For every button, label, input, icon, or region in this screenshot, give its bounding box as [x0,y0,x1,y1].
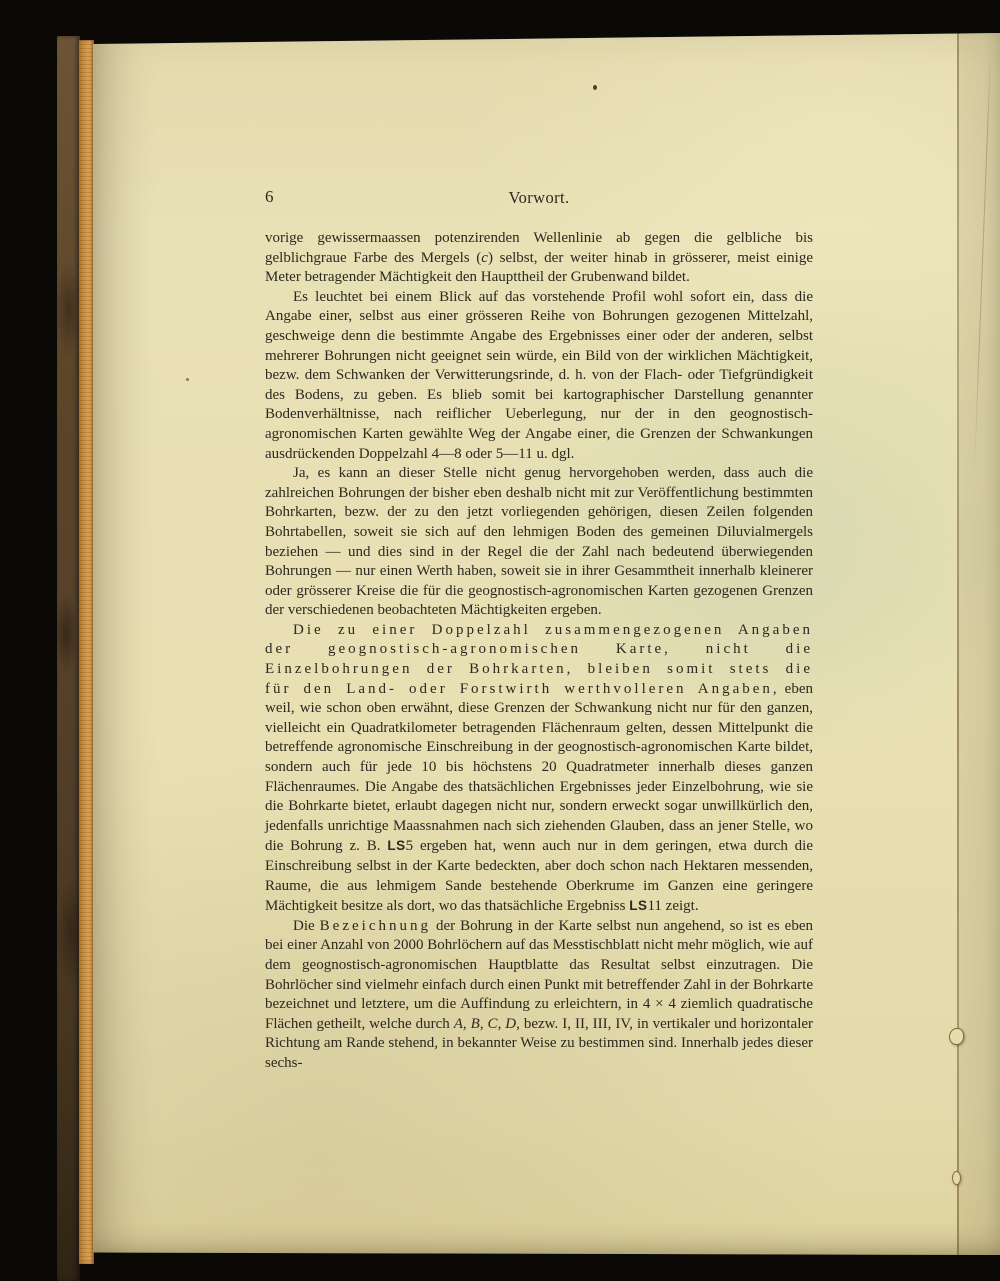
text-segment: Die [293,918,320,934]
ink-speck [593,85,597,90]
text-segment: der Bohrung in der Karte selbst nun ange… [265,918,813,1032]
text-block: 6 Vorwort. vorige gewissermaassen potenz… [265,186,813,1074]
text-segment: , [480,1016,488,1032]
text-segment: C [488,1016,498,1032]
paragraph: vorige gewissermaassen potenzirenden Wel… [265,229,813,288]
text-segment: , [463,1016,471,1032]
text-segment: D [505,1016,516,1032]
text-segment: Die zu einer Doppelzahl zusammengezogene… [265,622,813,697]
book-spine [57,36,80,1281]
paper-tear-blob [952,1171,961,1185]
paragraph: Die Bezeichnung der Bohrung in der Karte… [265,917,813,1074]
running-title: Vorwort. [265,187,813,209]
paper-tear-blob [949,1028,964,1045]
text-segment: A [454,1016,463,1032]
page-header: 6 Vorwort. [265,186,813,208]
ink-speck [186,378,189,381]
text-segment: LS [387,838,405,853]
book-page: 6 Vorwort. vorige gewissermaassen potenz… [93,33,1000,1255]
page-crease-line [957,33,959,1255]
page-body: vorige gewissermaassen potenzirenden Wel… [265,229,813,1074]
text-segment: B [471,1016,480,1032]
paragraph: Ja, es kann an dieser Stelle nicht genug… [265,464,813,621]
page-fold-region [959,33,1000,1255]
text-segment: LS [629,898,647,913]
scan-background: { "window": { "background_color": "#0b09… [0,0,1000,1281]
text-segment: eben weil, wie schon oben erwähnt, diese… [265,681,813,855]
text-segment: Ja, es kann an dieser Stelle nicht genug… [265,465,813,618]
text-segment: c [481,250,488,266]
paragraph: Die zu einer Doppelzahl zusammengezogene… [265,621,813,917]
paragraph: Es leuchtet bei einem Blick auf das vors… [265,288,813,464]
text-segment: Bezeichnung [320,918,431,934]
text-segment: 11 zeigt. [647,898,698,914]
page-edge-stack [79,40,94,1264]
text-segment: Es leuchtet bei einem Blick auf das vors… [265,289,813,462]
